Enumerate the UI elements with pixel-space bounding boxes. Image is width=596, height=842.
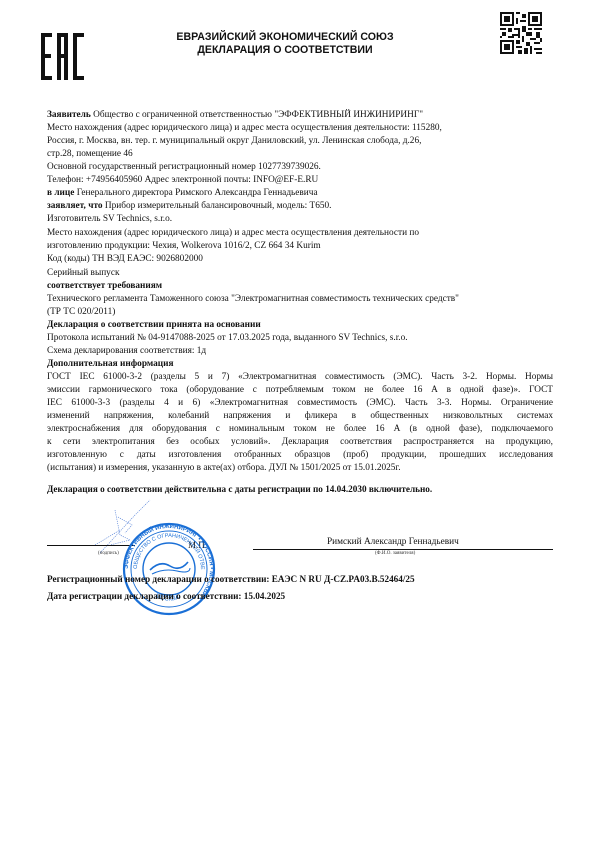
- document-title: ЕВРАЗИЙСКИЙ ЭКОНОМИЧЕСКИЙ СОЮЗ ДЕКЛАРАЦИ…: [120, 31, 450, 56]
- declares-label: заявляет, что: [47, 201, 103, 211]
- declaration-scheme: Схема декларирования соответствия: 1д: [47, 346, 206, 357]
- title-union: ЕВРАЗИЙСКИЙ ЭКОНОМИЧЕСКИЙ СОЮЗ: [120, 31, 450, 44]
- applicant-line: Заявитель Общество с ограниченной ответс…: [47, 110, 423, 121]
- validity-statement: Декларация о соответствии действительна …: [47, 484, 432, 495]
- production-type: Серийный выпуск: [47, 268, 119, 279]
- hs-code: Код (коды) ТН ВЭД ЕАЭС: 9026802000: [47, 254, 203, 265]
- signature-caption: (подпись): [98, 551, 119, 556]
- applicant-name: Общество с ограниченной ответственностью…: [93, 110, 423, 120]
- declares-line: заявляет, что Прибор измерительный балан…: [47, 201, 332, 212]
- registration-number-line: Регистрационный номер декларации о соотв…: [47, 574, 415, 585]
- product-name: Прибор измерительный балансировочный, мо…: [105, 201, 332, 211]
- additional-info-line: изменений напряжения, колебаний напряжен…: [47, 411, 553, 422]
- applicant-contacts: Телефон: +74956405960 Адрес электронной …: [47, 175, 318, 186]
- signer-name: Римский Александр Геннадьевич: [327, 537, 459, 547]
- title-declaration: ДЕКЛАРАЦИЯ О СООТВЕТСТВИИ: [120, 44, 450, 57]
- registration-date-label: Дата регистрации декларации о соответств…: [47, 591, 242, 601]
- additional-info-line: ГОСТ IEC 61000-3-2 (разделы 5 и 7) «Элек…: [47, 372, 553, 383]
- applicant-label: Заявитель: [47, 110, 91, 120]
- registration-date-line: Дата регистрации декларации о соответств…: [47, 591, 285, 602]
- registration-date: 15.04.2025: [244, 591, 285, 601]
- manufacturer: Изготовитель SV Technics, s.r.o.: [47, 214, 172, 225]
- applicant-address-2: Россия, г. Москва, вн. тер. г. муниципал…: [47, 136, 421, 147]
- additional-info-line: IEC 61000-3-3 (разделы 4 и 6) «Электрома…: [47, 398, 553, 409]
- represented-label: в лице: [47, 188, 74, 198]
- test-protocol: Протокола испытаний № 04-9147088-2025 от…: [47, 333, 408, 344]
- additional-info-label: Дополнительная информация: [47, 359, 174, 370]
- applicant-ogrn: Основной государственный регистрационный…: [47, 162, 321, 173]
- conformity-label: соответствует требованиям: [47, 281, 162, 292]
- additional-info-line: (испытания) и измерения, указанную в акт…: [47, 463, 401, 474]
- represented-by: Генерального директора Римского Александ…: [77, 188, 318, 198]
- additional-info-line: электроснабжения для оборудования с номи…: [47, 424, 553, 435]
- qr-code-icon[interactable]: [500, 12, 542, 54]
- applicant-address-1: Место нахождения (адрес юридического лиц…: [47, 123, 442, 134]
- manufacturer-address-2: изготовлению продукции: Чехия, Wolkerova…: [47, 241, 321, 252]
- applicant-address-3: стр.28, помещение 46: [47, 149, 133, 160]
- eac-logo-icon: [41, 33, 85, 80]
- represented-line: в лице Генерального директора Римского А…: [47, 188, 318, 199]
- manufacturer-address-1: Место нахождения (адрес юридического лиц…: [47, 228, 419, 239]
- basis-label: Декларация о соответствии принята на осн…: [47, 320, 261, 331]
- registration-number-label: Регистрационный номер декларации о соотв…: [47, 574, 270, 584]
- additional-info-line: к сети электропитания без особых условий…: [47, 437, 553, 448]
- signer-caption: (Ф.И.О. заявителя): [375, 551, 415, 556]
- additional-info-line: изготовленную с даты изготовления отобра…: [47, 450, 553, 461]
- regulation-line-1: Технического регламента Таможенного союз…: [47, 294, 459, 305]
- signer-name-line: [253, 549, 553, 550]
- regulation-line-2: (ТР ТС 020/2011): [47, 307, 115, 318]
- additional-info-line: эмиссии гармонического тока (оборудовани…: [47, 385, 553, 396]
- registration-number: ЕАЭС N RU Д-CZ.PA03.B.52464/25: [272, 574, 415, 584]
